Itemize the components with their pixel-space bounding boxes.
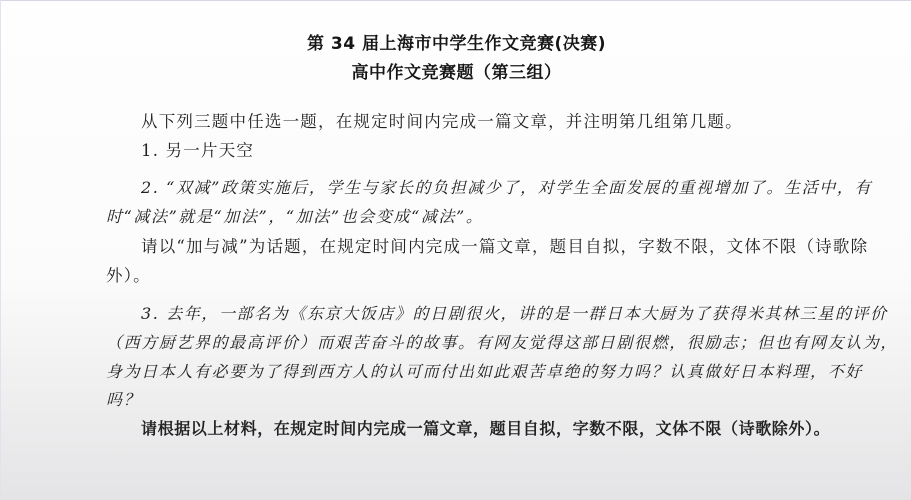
question-2-line-3: 请以“加与减”为话题，在规定时间内完成一篇文章，题目自拟，字数不限，文体不限（诗…	[141, 233, 868, 257]
question-3-line-1: 3. 去年，一部名为《东京大饭店》的日剧很火，讲的是一群日本大厨为了获得米其林三…	[141, 301, 888, 324]
question-2-line-2: 时“减法”就是“加法”，“加法”也会变成“减法”。	[106, 204, 483, 227]
document-title: 第 34 届上海市中学生作文竞赛(决赛)	[1, 29, 911, 54]
question-3-line-2: （西方厨艺界的最高评价）而艰苦奋斗的故事。有网友觉得这部日剧很燃，很励志；但也有…	[106, 330, 898, 353]
question-1-text: 1. 另一片天空	[141, 137, 254, 161]
instruction-text: 从下列三题中任选一题，在规定时间内完成一篇文章，并注明第几组第几题。	[141, 108, 743, 132]
question-2-line-1: 2. “双减”政策实施后，学生与家长的负担减少了，对学生全面发展的重视增加了。生…	[141, 175, 872, 198]
exam-paper: 第 34 届上海市中学生作文竞赛(决赛) 高中作文竞赛题（第三组） 从下列三题中…	[0, 0, 911, 500]
question-3-line-4: 吗？	[106, 387, 141, 410]
question-2-line-4: 外）。	[106, 262, 151, 286]
document-subtitle: 高中作文竞赛题（第三组）	[1, 58, 911, 83]
question-3-line-5: 请根据以上材料，在规定时间内完成一篇文章，题目自拟，字数不限，文体不限（诗歌除外…	[141, 416, 830, 439]
question-3-line-3: 身为日本人有必要为了得到西方人的认可而付出如此艰苦卓绝的努力吗？认真做好日本料理…	[106, 359, 863, 382]
